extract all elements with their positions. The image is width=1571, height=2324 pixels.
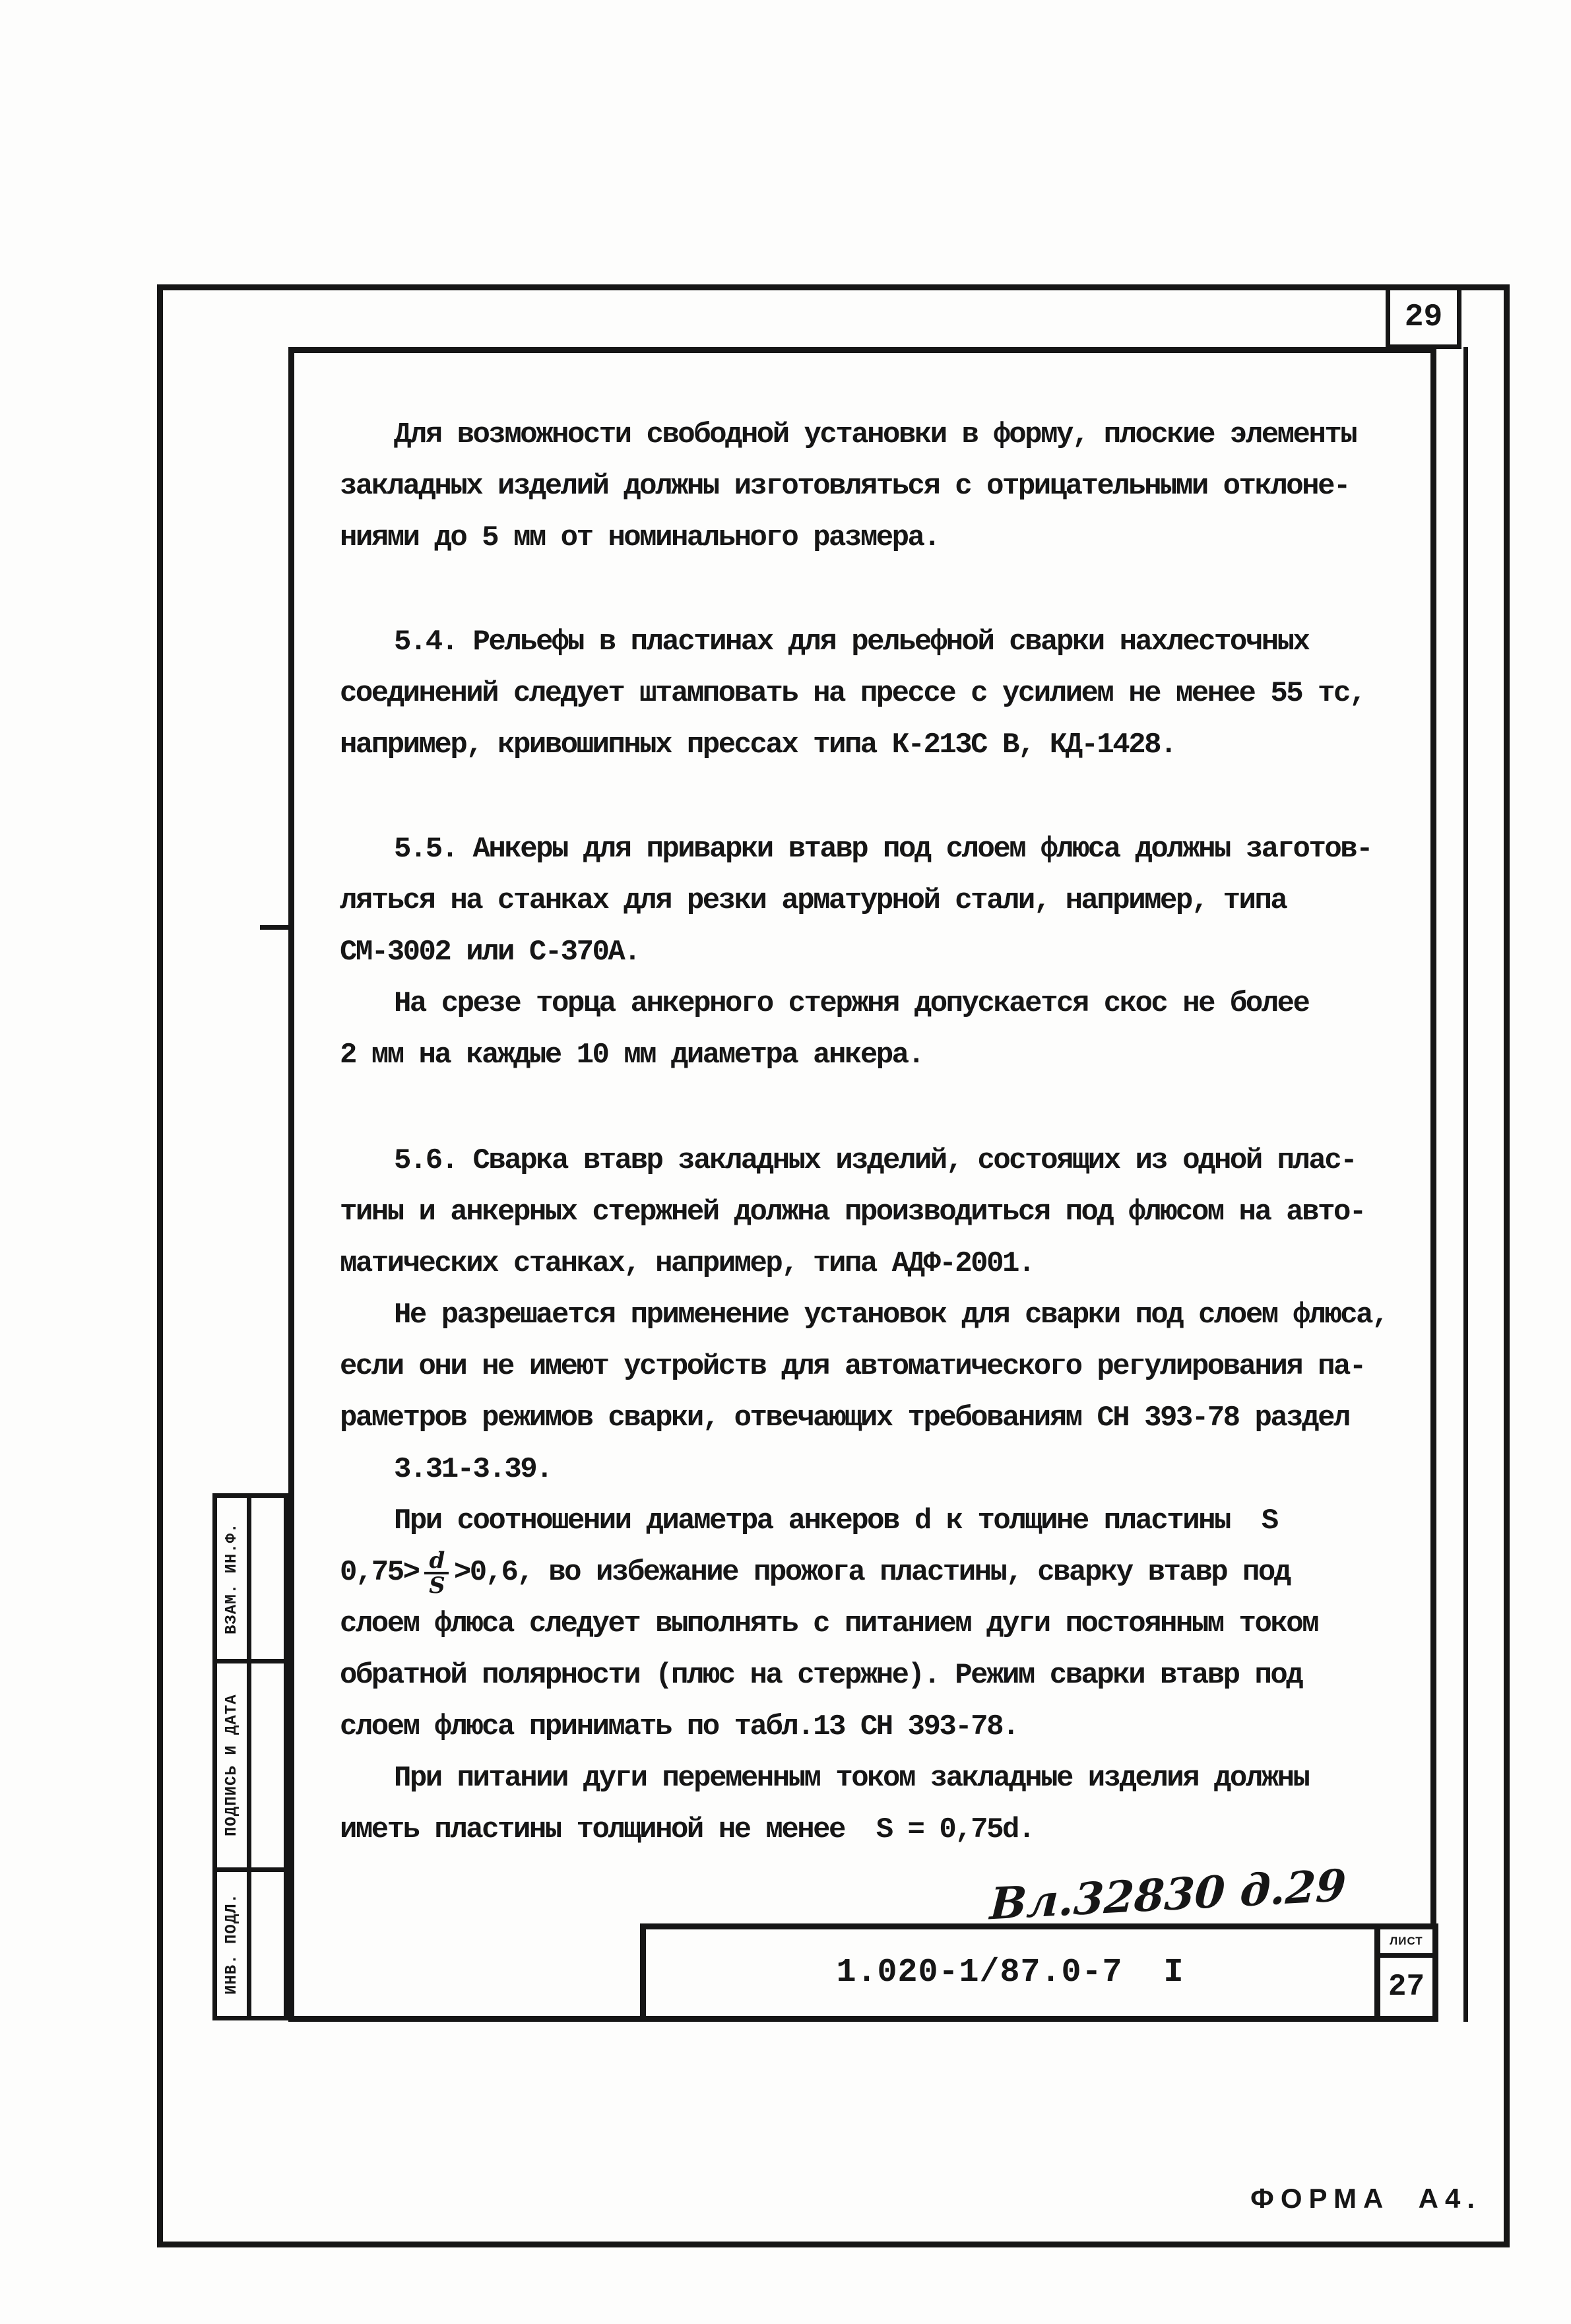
sidebar-label-vzam-inv: ВЗАМ. ИН.Ф. xyxy=(217,1498,247,1659)
title-block-stamp: 1.020-1/87.0-7 I ЛИСТ 27 xyxy=(640,1923,1438,2022)
text-line: закладных изделий должны изготовляться с… xyxy=(340,461,1392,512)
page-number: 29 xyxy=(1390,290,1457,344)
text-line: Для возможности свободной установки в фо… xyxy=(340,409,1392,461)
text-line: соединений следует штамповать на прессе … xyxy=(340,668,1392,719)
paragraph-lines-top: Для возможности свободной установки в фо… xyxy=(340,409,1392,1547)
text-line: если они не имеют устройств для автомати… xyxy=(340,1341,1392,1392)
sheet-label-cell: ЛИСТ xyxy=(1380,1929,1432,1953)
text-line: слоем флюса следует выполнять с питанием… xyxy=(340,1598,1392,1650)
text-line: 5.4. Рельефы в пластинах для рельефной с… xyxy=(340,616,1392,668)
inner-frame-double-line xyxy=(1463,347,1468,2022)
text-line: При питании дуги переменным током заклад… xyxy=(340,1753,1392,1804)
form-a4-label: ФОРМА А4. xyxy=(1122,2183,1481,2214)
text-line: При соотношении диаметра анкеров d к тол… xyxy=(340,1495,1392,1547)
fraction-d-over-s: dS xyxy=(424,1551,449,1596)
text-line: иметь пластины толщиной не менее S = 0,7… xyxy=(340,1804,1392,1856)
sheet-number-cell: 27 xyxy=(1380,1958,1432,2016)
text-line: обратной полярности (плюс на стержне). Р… xyxy=(340,1650,1392,1701)
text-line: слоем флюса принимать по табл.13 СН 393-… xyxy=(340,1701,1392,1753)
scanned-document-page: 29 Для возможности свободной установки в… xyxy=(0,0,1571,2324)
fraction-denominator: S xyxy=(429,1574,443,1596)
sidebar-cell-vzam-inv: ВЗАМ. ИН.Ф. xyxy=(217,1498,247,1659)
text-line: раметров режимов сварки, отвечающих треб… xyxy=(340,1392,1392,1444)
text-line: 5.6. Сварка втавр закладных изделий, сос… xyxy=(340,1135,1392,1186)
formula-post: >0,6, во избежание прожога пластины, сва… xyxy=(454,1556,1290,1589)
paragraph-lines-bottom: слоем флюса следует выполнять с питанием… xyxy=(340,1598,1392,1856)
document-code: 1.020-1/87.0-7 I xyxy=(836,1954,1184,1991)
formula-pre: 0,75> xyxy=(340,1556,419,1589)
text-line: 5.5. Анкеры для приварки втавр под слоем… xyxy=(340,823,1392,875)
text-line: ниями до 5 мм от номинального размера. xyxy=(340,512,1392,564)
text-line: 3.31-3.39. xyxy=(340,1444,1392,1495)
sidebar-label-inv-podl: ИНВ. ПОДЛ. xyxy=(217,1872,247,2016)
sidebar-cell-inv-podl: ИНВ. ПОДЛ. xyxy=(217,1872,247,2016)
text-line: матических станках, например, типа АДФ-2… xyxy=(340,1238,1392,1289)
fraction-numerator: d xyxy=(424,1551,449,1574)
sidebar-cell-podpis-data: ПОДПИСЬ И ДАТА xyxy=(217,1663,247,1867)
left-frame-tick-mark xyxy=(260,925,288,930)
text-line: На срезе торца анкерного стержня допуска… xyxy=(340,978,1392,1029)
stamp-main-cell: 1.020-1/87.0-7 I xyxy=(646,1929,1374,2016)
text-line: Не разрешается применение установок для … xyxy=(340,1289,1392,1341)
document-body-text: Для возможности свободной установки в фо… xyxy=(340,409,1392,1856)
page-number-box: 29 xyxy=(1386,286,1461,349)
text-line: 2 мм на каждые 10 мм диаметра анкера. xyxy=(340,1029,1392,1081)
text-line: например, кривошипных прессах типа К-213… xyxy=(340,719,1392,771)
left-margin-title-cells: ВЗАМ. ИН.Ф. ПОДПИСЬ И ДАТА ИНВ. ПОДЛ. xyxy=(212,1493,288,2020)
sidebar-blank-cell xyxy=(251,1872,284,2016)
sidebar-blank-cell xyxy=(251,1663,284,1867)
sidebar-blank-cell xyxy=(251,1498,284,1659)
formula-line: 0,75>dS>0,6, во избежание прожога пласти… xyxy=(340,1547,1392,1598)
text-line: тины и анкерных стержней должна производ… xyxy=(340,1186,1392,1238)
text-line: ляться на станках для резки арматурной с… xyxy=(340,875,1392,926)
sidebar-label-podpis-data: ПОДПИСЬ И ДАТА xyxy=(217,1663,247,1867)
text-line: СМ-3002 или С-370А. xyxy=(340,926,1392,978)
